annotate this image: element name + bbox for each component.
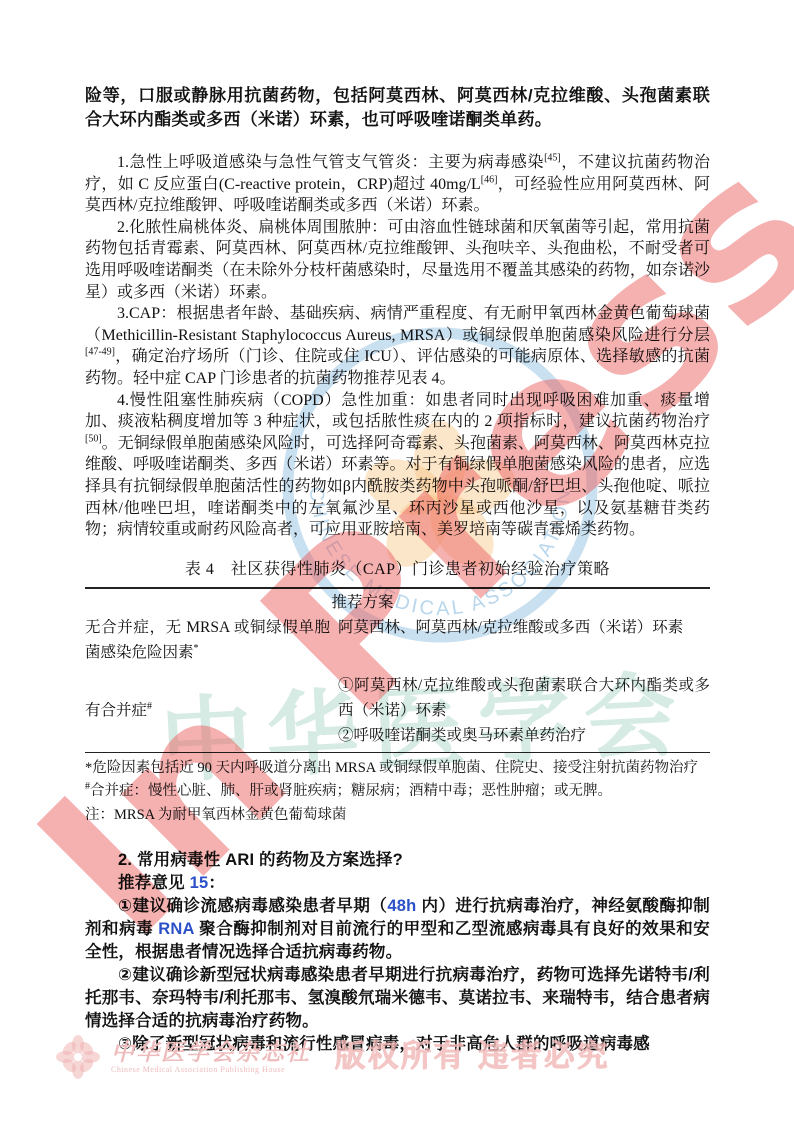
recommendation-item-1: ①建议确诊流感病毒感染患者早期（48h 内）进行抗病毒治疗，神经氨酸酶抑制剂和病… xyxy=(85,895,710,964)
paragraph-1: 1.急性上呼吸道感染与急性气管支气管炎：主要为病毒感染[45]，不建议抗菌药物治… xyxy=(85,152,710,217)
table-cell-condition: 无合并症，无 MRSA 或铜绿假单胞菌感染危险因素* xyxy=(85,615,330,665)
paragraph-2: 2.化脓性扁桃体炎、扁桃体周围脓肿：可由溶血性链球菌和厌氧菌等引起，常用抗菌药物… xyxy=(85,217,710,303)
table-footnote-comorbidity: #合并症：慢性心脏、肺、肝或肾脏疾病；糖尿病；酒精中毒；恶性肿瘤；或无脾。 xyxy=(85,780,710,804)
table-cell-regimen: 阿莫西林、阿莫西林/克拉维酸或多西（米诺）环素 xyxy=(338,615,710,665)
table-row: 无合并症，无 MRSA 或铜绿假单胞菌感染危险因素* 阿莫西林、阿莫西林/克拉维… xyxy=(85,615,710,665)
recommendation-15-label: 推荐意见 15： xyxy=(85,872,710,895)
table-header-recommendation: 推荐方案 xyxy=(85,591,710,615)
table-body: 推荐方案 无合并症，无 MRSA 或铜绿假单胞菌感染危险因素* 阿莫西林、阿莫西… xyxy=(85,587,710,753)
body-paragraphs: 1.急性上呼吸道感染与急性气管支气管炎：主要为病毒感染[45]，不建议抗菌药物治… xyxy=(85,152,710,541)
page-footer: 中华医学会杂志社 Chinese Medical Association Pub… xyxy=(55,1034,610,1080)
paragraph-3: 3.CAP：根据患者年龄、基础疾病、病情严重程度、有无耐甲氧西林金黄色葡萄球菌（… xyxy=(85,303,710,389)
table-footnote-mrsa: 注：MRSA 为耐甲氧西林金黄色葡萄球菌 xyxy=(85,804,710,828)
publisher-name-block: 中华医学会杂志社 Chinese Medical Association Pub… xyxy=(111,1041,311,1074)
publisher-name-en: Chinese Medical Association Publishing H… xyxy=(111,1065,311,1074)
table-row: 有合并症# ①阿莫西林/克拉维酸或头孢菌素联合大环内酯类或多西（米诺）环素 ②呼… xyxy=(85,673,710,748)
table-title: 表 4 社区获得性肺炎（CAP）门诊患者初始经验治疗策略 xyxy=(85,559,710,581)
publisher-flower-icon xyxy=(55,1034,101,1080)
table-cell-regimen: ①阿莫西林/克拉维酸或头孢菌素联合大环内酯类或多西（米诺）环素 ②呼吸喹诺酮类或… xyxy=(338,673,710,748)
paragraph-4: 4.慢性阻塞性肺疾病（COPD）急性加重：如患者同时出现呼吸困难加重、痰量增加、… xyxy=(85,390,710,541)
copyright-stamp: 版权所有 违者必究 xyxy=(335,1042,610,1072)
document-page: 险等，口服或静脉用抗菌药物，包括阿莫西林、阿莫西林/克拉维酸、头孢菌素联合大环内… xyxy=(0,0,794,1123)
recommendation-item-2: ②建议确诊新型冠状病毒感染患者早期进行抗病毒治疗，药物可选择先诺特韦/利托那韦、… xyxy=(85,964,710,1033)
intro-paragraph: 险等，口服或静脉用抗菌药物，包括阿莫西林、阿莫西林/克拉维酸、头孢菌素联合大环内… xyxy=(85,84,710,132)
regimen-option-2: ②呼吸喹诺酮类或奥马环素单药治疗 xyxy=(338,723,710,748)
table-footnotes: *危险因素包括近 90 天内呼吸道分离出 MRSA 或铜绿假单胞菌、住院史、接受… xyxy=(85,757,710,828)
section2-heading: 2. 常用病毒性 ARI 的药物及方案选择? xyxy=(85,849,710,872)
table-cell-condition: 有合并症# xyxy=(85,673,330,748)
page-content: 险等，口服或静脉用抗菌药物，包括阿莫西林、阿莫西林/克拉维酸、头孢菌素联合大环内… xyxy=(85,84,710,1056)
publisher-name-cn: 中华医学会杂志社 xyxy=(111,1041,311,1065)
regimen-option-1: ①阿莫西林/克拉维酸或头孢菌素联合大环内酯类或多西（米诺）环素 xyxy=(338,673,710,723)
table-footnote-risk: *危险因素包括近 90 天内呼吸道分离出 MRSA 或铜绿假单胞菌、住院史、接受… xyxy=(85,757,710,781)
table-4: 表 4 社区获得性肺炎（CAP）门诊患者初始经验治疗策略 推荐方案 无合并症，无… xyxy=(85,559,710,828)
section-2: 2. 常用病毒性 ARI 的药物及方案选择?推荐意见 15：①建议确诊流感病毒感… xyxy=(85,849,710,1056)
